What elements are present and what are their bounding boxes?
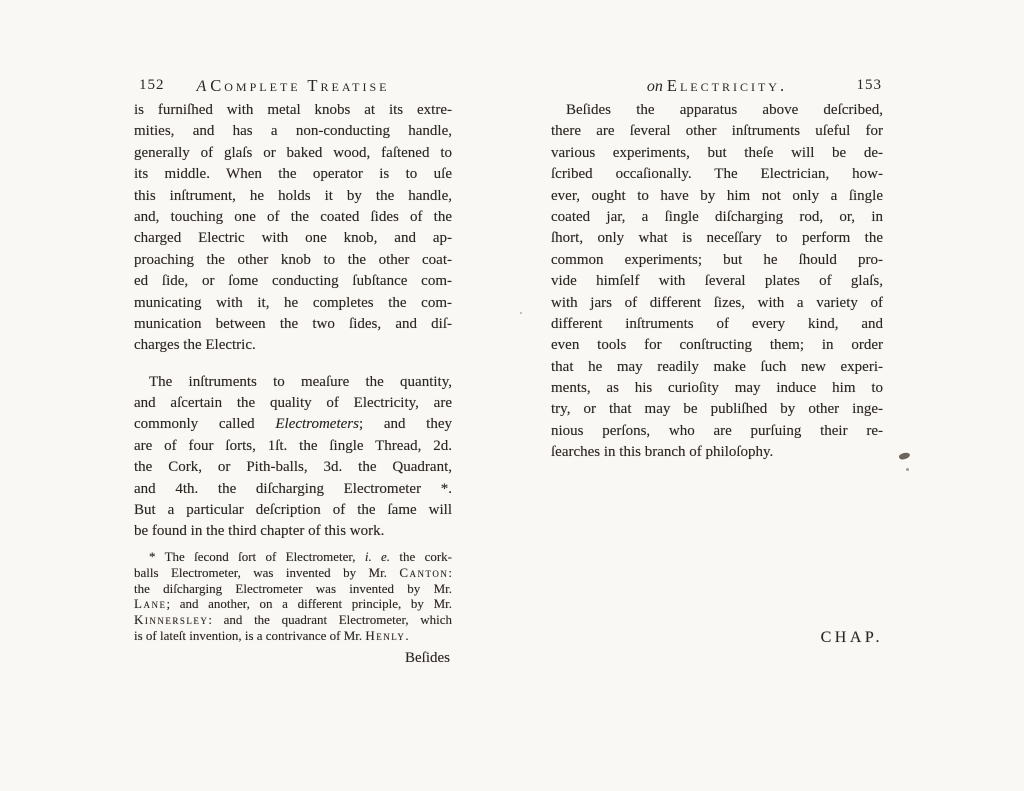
text-line: generally of glaſs or baked wood, faſten… [134,143,452,164]
running-title-article: A [196,78,206,95]
text-line: that he may readily make ſuch new experi… [551,357,883,378]
running-title-caps: Complete Treatise [210,76,389,95]
paragraph: The inſtruments to meaſure the quantity,… [134,372,452,543]
text-line: The inſtruments to meaſure the quantity, [134,372,452,393]
text-line: coated jar, a ſingle diſcharging rod, or… [551,207,883,228]
text-line: and 4th. the diſcharging Electrometer *. [134,479,452,500]
text-line: be found in the third chapter of this wo… [134,521,452,542]
right-page-number: 153 [857,77,883,94]
left-page-number: 152 [139,77,165,94]
text-line: and aſcertain the quality of Electricity… [134,393,452,414]
text-line: ſhort, only what is neceſſary to perform… [551,228,883,249]
text-line: common experiments; but he ſhould pro- [551,250,883,271]
text-line: with jars of different ſizes, with a var… [551,293,883,314]
text-line: different inſtruments of every kind, and [551,314,883,335]
text-line: But a particular deſcription of the ſame… [134,500,452,521]
text-line: nious perſons, who are purſuing their re… [551,421,883,442]
text-line: mities, and has a non-conducting handle, [134,121,452,142]
text-line: the diſcharging Electrometer was invente… [134,581,452,597]
text-line: ſearches in this branch of philoſophy. [551,442,883,463]
text-line: vide himſelf with ſeveral plates of glaſ… [551,271,883,292]
text-line: commonly called Electrometers; and they [134,414,452,435]
left-page: 152 AComplete Treatise is furniſhed with… [134,76,452,667]
text-line: the Cork, or Pith-balls, 3d. the Quadran… [134,457,452,478]
paragraph: is furniſhed with metal knobs at its ext… [134,100,452,357]
running-title-prefix: on [647,78,663,95]
running-title-caps: Electricity. [667,76,787,95]
scan-speckle [520,312,522,314]
paragraph: * The ſecond ſort of Electrometer, i. e.… [134,549,452,644]
right-page-body: Beſides the apparatus above deſcribed,th… [551,100,883,464]
left-running-head: 152 AComplete Treatise [134,76,452,100]
right-running-title: onElectricity. [551,76,883,96]
text-line: Kinnersley: and the quadrant Electromete… [134,612,452,628]
scan-speckle [906,468,909,471]
text-line: various experiments, but theſe will be d… [551,143,883,164]
text-line: Lane; and another, on a different princi… [134,596,452,612]
text-line: proaching the other knob to the other co… [134,250,452,271]
text-line: charges the Electric. [134,335,452,356]
paragraph: Beſides the apparatus above deſcribed,th… [551,100,883,464]
left-page-body: is furniſhed with metal knobs at its ext… [134,100,452,543]
text-line: and, touching one of the coated ſides of… [134,207,452,228]
text-line: there are ſeveral other inſtruments uſef… [551,121,883,142]
text-line: are of four ſorts, 1ſt. the ſingle Threa… [134,436,452,457]
text-line: balls Electrometer, was invented by Mr. … [134,565,452,581]
right-running-head: onElectricity. 153 [551,76,883,100]
text-line: is of lateſt invention, is a contrivance… [134,628,452,644]
text-line: ever, ought to have by him not only a ſi… [551,186,883,207]
text-line: this inſtrument, he holds it by the hand… [134,186,452,207]
text-line: even tools for conſtructing them; in ord… [551,335,883,356]
text-line: ed ſide, or ſome conducting ſubſtance co… [134,271,452,292]
left-catchword: Beſides [134,650,452,667]
text-line: ſcribed occaſionally. The Electrician, h… [551,164,883,185]
text-line: try, or that may be publiſhed by other i… [551,399,883,420]
right-catchword: CHAP. [821,629,883,647]
left-running-title: AComplete Treatise [134,76,452,96]
text-line: ments, as his curioſity may induce him t… [551,378,883,399]
text-line: charged Electric with one knob, and ap- [134,228,452,249]
left-page-footnote: * The ſecond ſort of Electrometer, i. e.… [134,549,452,644]
text-line: munication between the two ſides, and di… [134,314,452,335]
book-scan-spread: 152 AComplete Treatise is furniſhed with… [0,0,1024,791]
text-line: * The ſecond ſort of Electrometer, i. e.… [134,549,452,565]
ink-blot [898,451,910,460]
text-line: Beſides the apparatus above deſcribed, [551,100,883,121]
text-line: municating with it, he completes the com… [134,293,452,314]
text-line: its middle. When the operator is to uſe [134,164,452,185]
text-line: is furniſhed with metal knobs at its ext… [134,100,452,121]
right-page: onElectricity. 153 Beſides the apparatus… [551,76,883,464]
